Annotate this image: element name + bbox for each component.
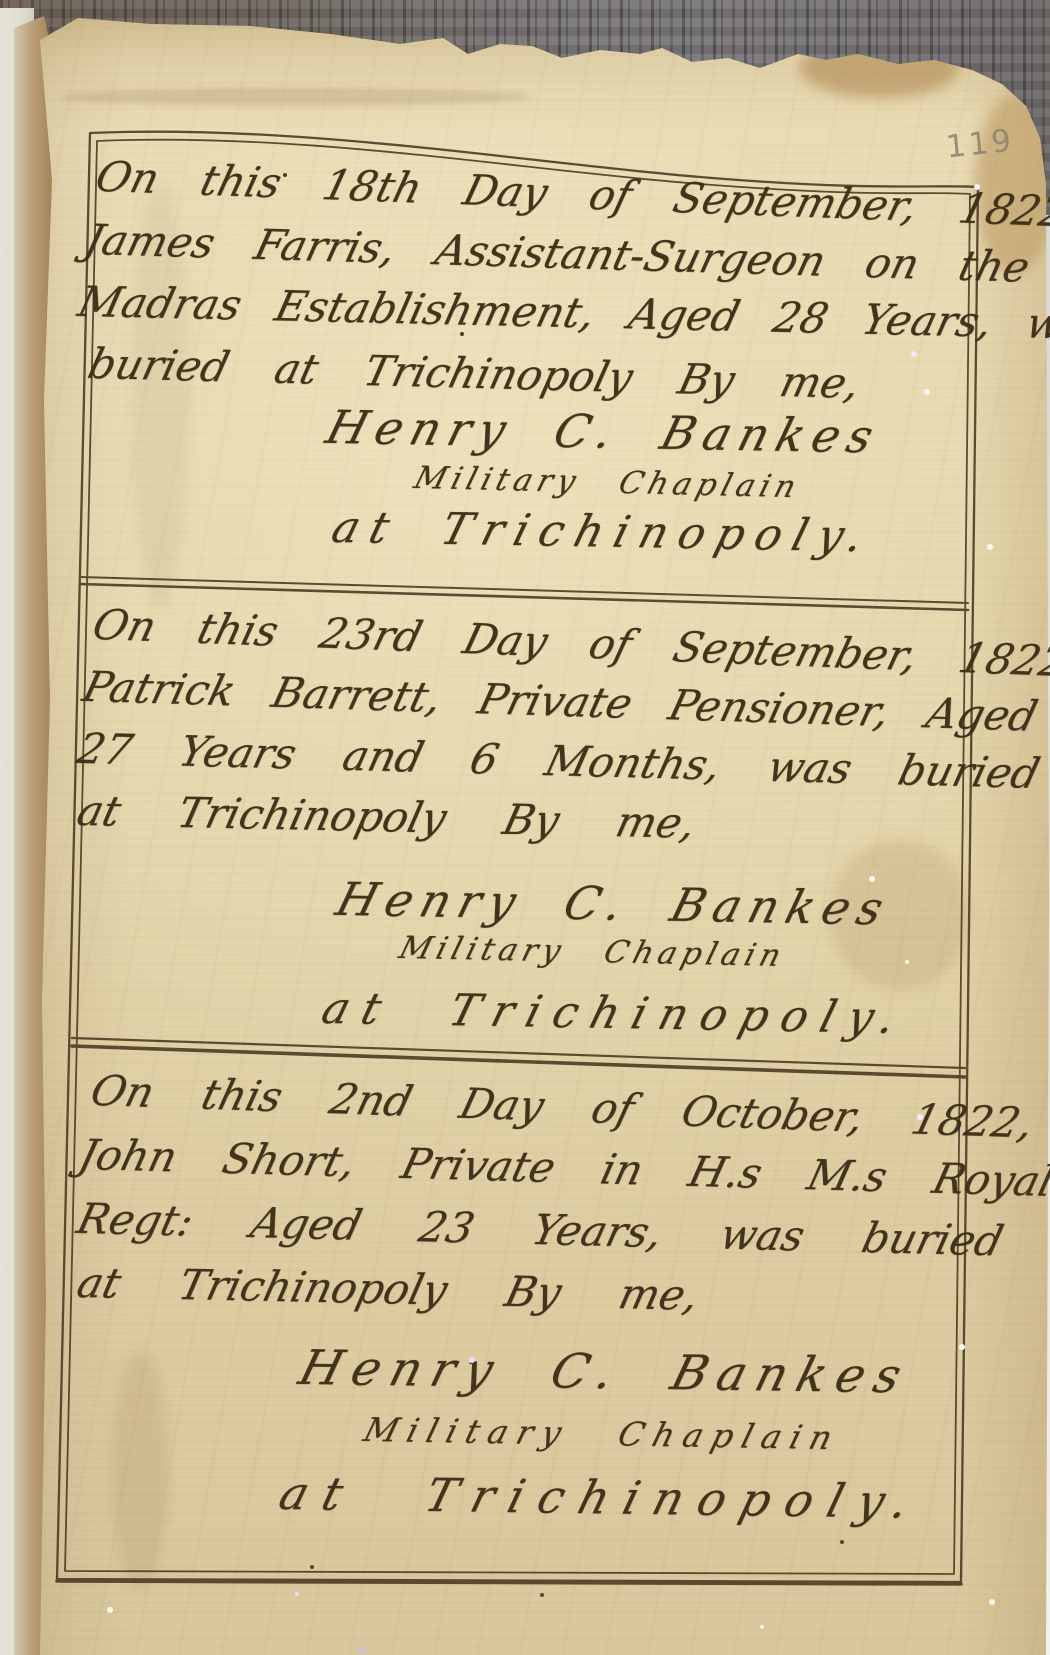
paper-specks-dark — [0, 0, 4, 4]
signature-name: Henry C. Bankes — [293, 1340, 917, 1404]
signature-name: Henry C. Bankes — [331, 872, 897, 935]
signature-place: at Trichinopoly. — [326, 502, 879, 562]
separator-line-1 — [80, 577, 968, 603]
signature-name: Henry C. Bankes — [321, 400, 887, 463]
photographed-register-page: 119 On this 18th Day of September, 1822,… — [0, 0, 1050, 1655]
page-number: 119 — [944, 123, 1016, 166]
signature-place: at Trichinopoly. — [274, 1466, 930, 1529]
signature-title: Military Chaplain — [360, 1410, 846, 1457]
signature-place: at Trichinopoly. — [316, 983, 913, 1044]
